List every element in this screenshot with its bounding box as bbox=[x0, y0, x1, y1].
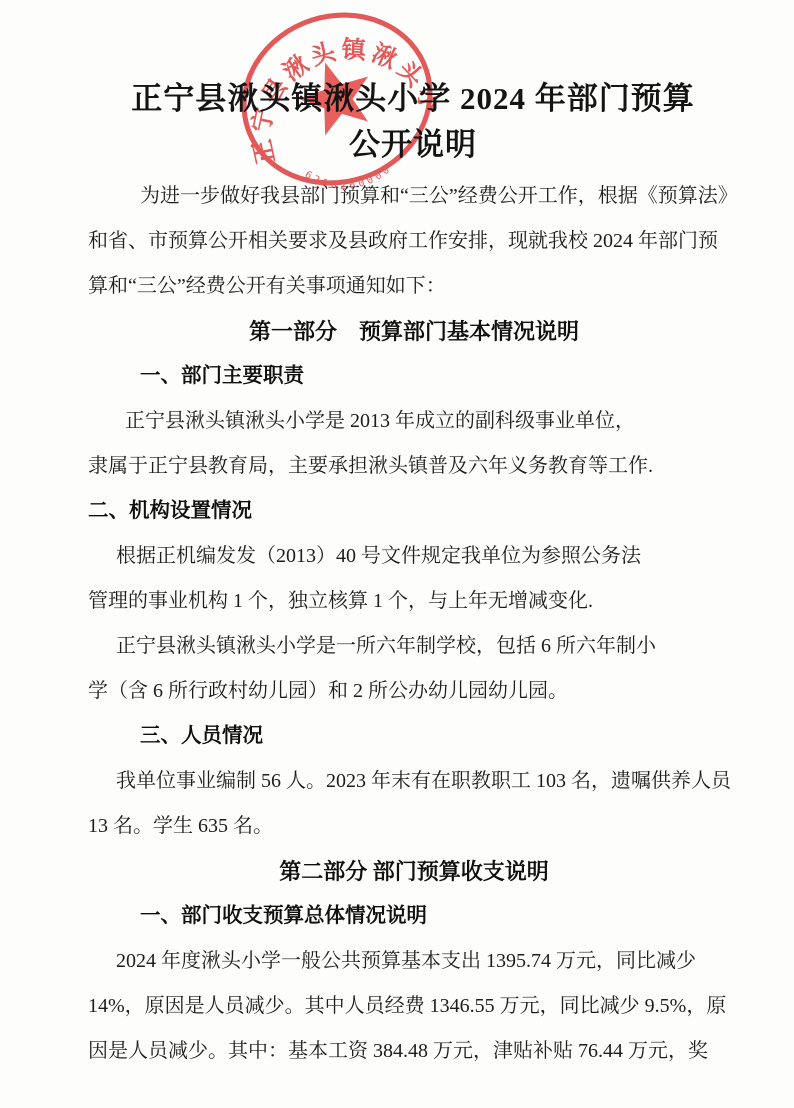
text-line: 管理的事业机构 1 个，独立核算 1 个，与上年无增减变化. bbox=[88, 579, 740, 624]
paragraph-duties: 正宁县湫头镇湫头小学是 2013 年成立的副科级事业单位， 隶属于正宁县教育局，… bbox=[88, 399, 740, 489]
text-line: 正宁县湫头镇湫头小学是 2013 年成立的副科级事业单位， bbox=[88, 399, 740, 444]
document-body: 为进一步做好我县部门预算和“三公”经费公开工作，根据《预算法》 和省、市预算公开… bbox=[88, 174, 740, 1074]
paragraph-organization: 根据正机编发发（2013）40 号文件规定我单位为参照公务法 管理的事业机构 1… bbox=[88, 534, 740, 624]
paragraph-schools: 正宁县湫头镇湫头小学是一所六年制学校，包括 6 所六年制小 学（含 6 所行政村… bbox=[88, 624, 740, 714]
section-heading-part1: 第一部分 预算部门基本情况说明 bbox=[88, 309, 740, 354]
text-line: 2024 年度湫头小学一般公共预算基本支出 1395.74 万元，同比减少 bbox=[88, 939, 740, 984]
text-line: 14%，原因是人员减少。其中人员经费 1346.55 万元，同比减少 9.5%，… bbox=[88, 984, 740, 1029]
paragraph-budget: 2024 年度湫头小学一般公共预算基本支出 1395.74 万元，同比减少 14… bbox=[88, 939, 740, 1074]
text-line: 正宁县湫头镇湫头小学是一所六年制学校，包括 6 所六年制小 bbox=[88, 624, 740, 669]
text-line: 根据正机编发发（2013）40 号文件规定我单位为参照公务法 bbox=[88, 534, 740, 579]
text-line: 算和“三公”经费公开有关事项通知如下： bbox=[88, 264, 740, 309]
text-line: 13 名。学生 635 名。 bbox=[88, 804, 740, 849]
text-line: 隶属于正宁县教育局，主要承担湫头镇普及六年义务教育等工作. bbox=[88, 444, 740, 489]
text-line: 为进一步做好我县部门预算和“三公”经费公开工作，根据《预算法》 bbox=[88, 174, 740, 219]
title-line-2: 公开说明 bbox=[88, 122, 738, 168]
subheading-budget-overview: 一、部门收支预算总体情况说明 bbox=[88, 894, 740, 939]
title-line-1: 正宁县湫头镇湫头小学 2024 年部门预算 bbox=[88, 76, 738, 122]
text-line: 学（含 6 所行政村幼儿园）和 2 所公办幼儿园幼儿园。 bbox=[88, 669, 740, 714]
document-page: 正宁县湫头镇湫头小学 6210260000 正宁县湫头镇湫头小学 2024 年部… bbox=[0, 0, 794, 1108]
text-line: 和省、市预算公开相关要求及县政府工作安排，现就我校 2024 年部门预 bbox=[88, 219, 740, 264]
text-line: 因是人员减少。其中：基本工资 384.48 万元，津贴补贴 76.44 万元，奖 bbox=[88, 1029, 740, 1074]
section-heading-part2: 第二部分 部门预算收支说明 bbox=[88, 849, 740, 894]
subheading-organization: 二、机构设置情况 bbox=[88, 489, 740, 534]
document-title: 正宁县湫头镇湫头小学 2024 年部门预算 公开说明 bbox=[88, 0, 738, 168]
paragraph-intro: 为进一步做好我县部门预算和“三公”经费公开工作，根据《预算法》 和省、市预算公开… bbox=[88, 174, 740, 309]
subheading-personnel: 三、人员情况 bbox=[88, 714, 740, 759]
text-line: 我单位事业编制 56 人。2023 年末有在职教职工 103 名，遗嘱供养人员 bbox=[88, 759, 740, 804]
subheading-duties: 一、部门主要职责 bbox=[88, 354, 740, 399]
paragraph-personnel: 我单位事业编制 56 人。2023 年末有在职教职工 103 名，遗嘱供养人员 … bbox=[88, 759, 740, 849]
